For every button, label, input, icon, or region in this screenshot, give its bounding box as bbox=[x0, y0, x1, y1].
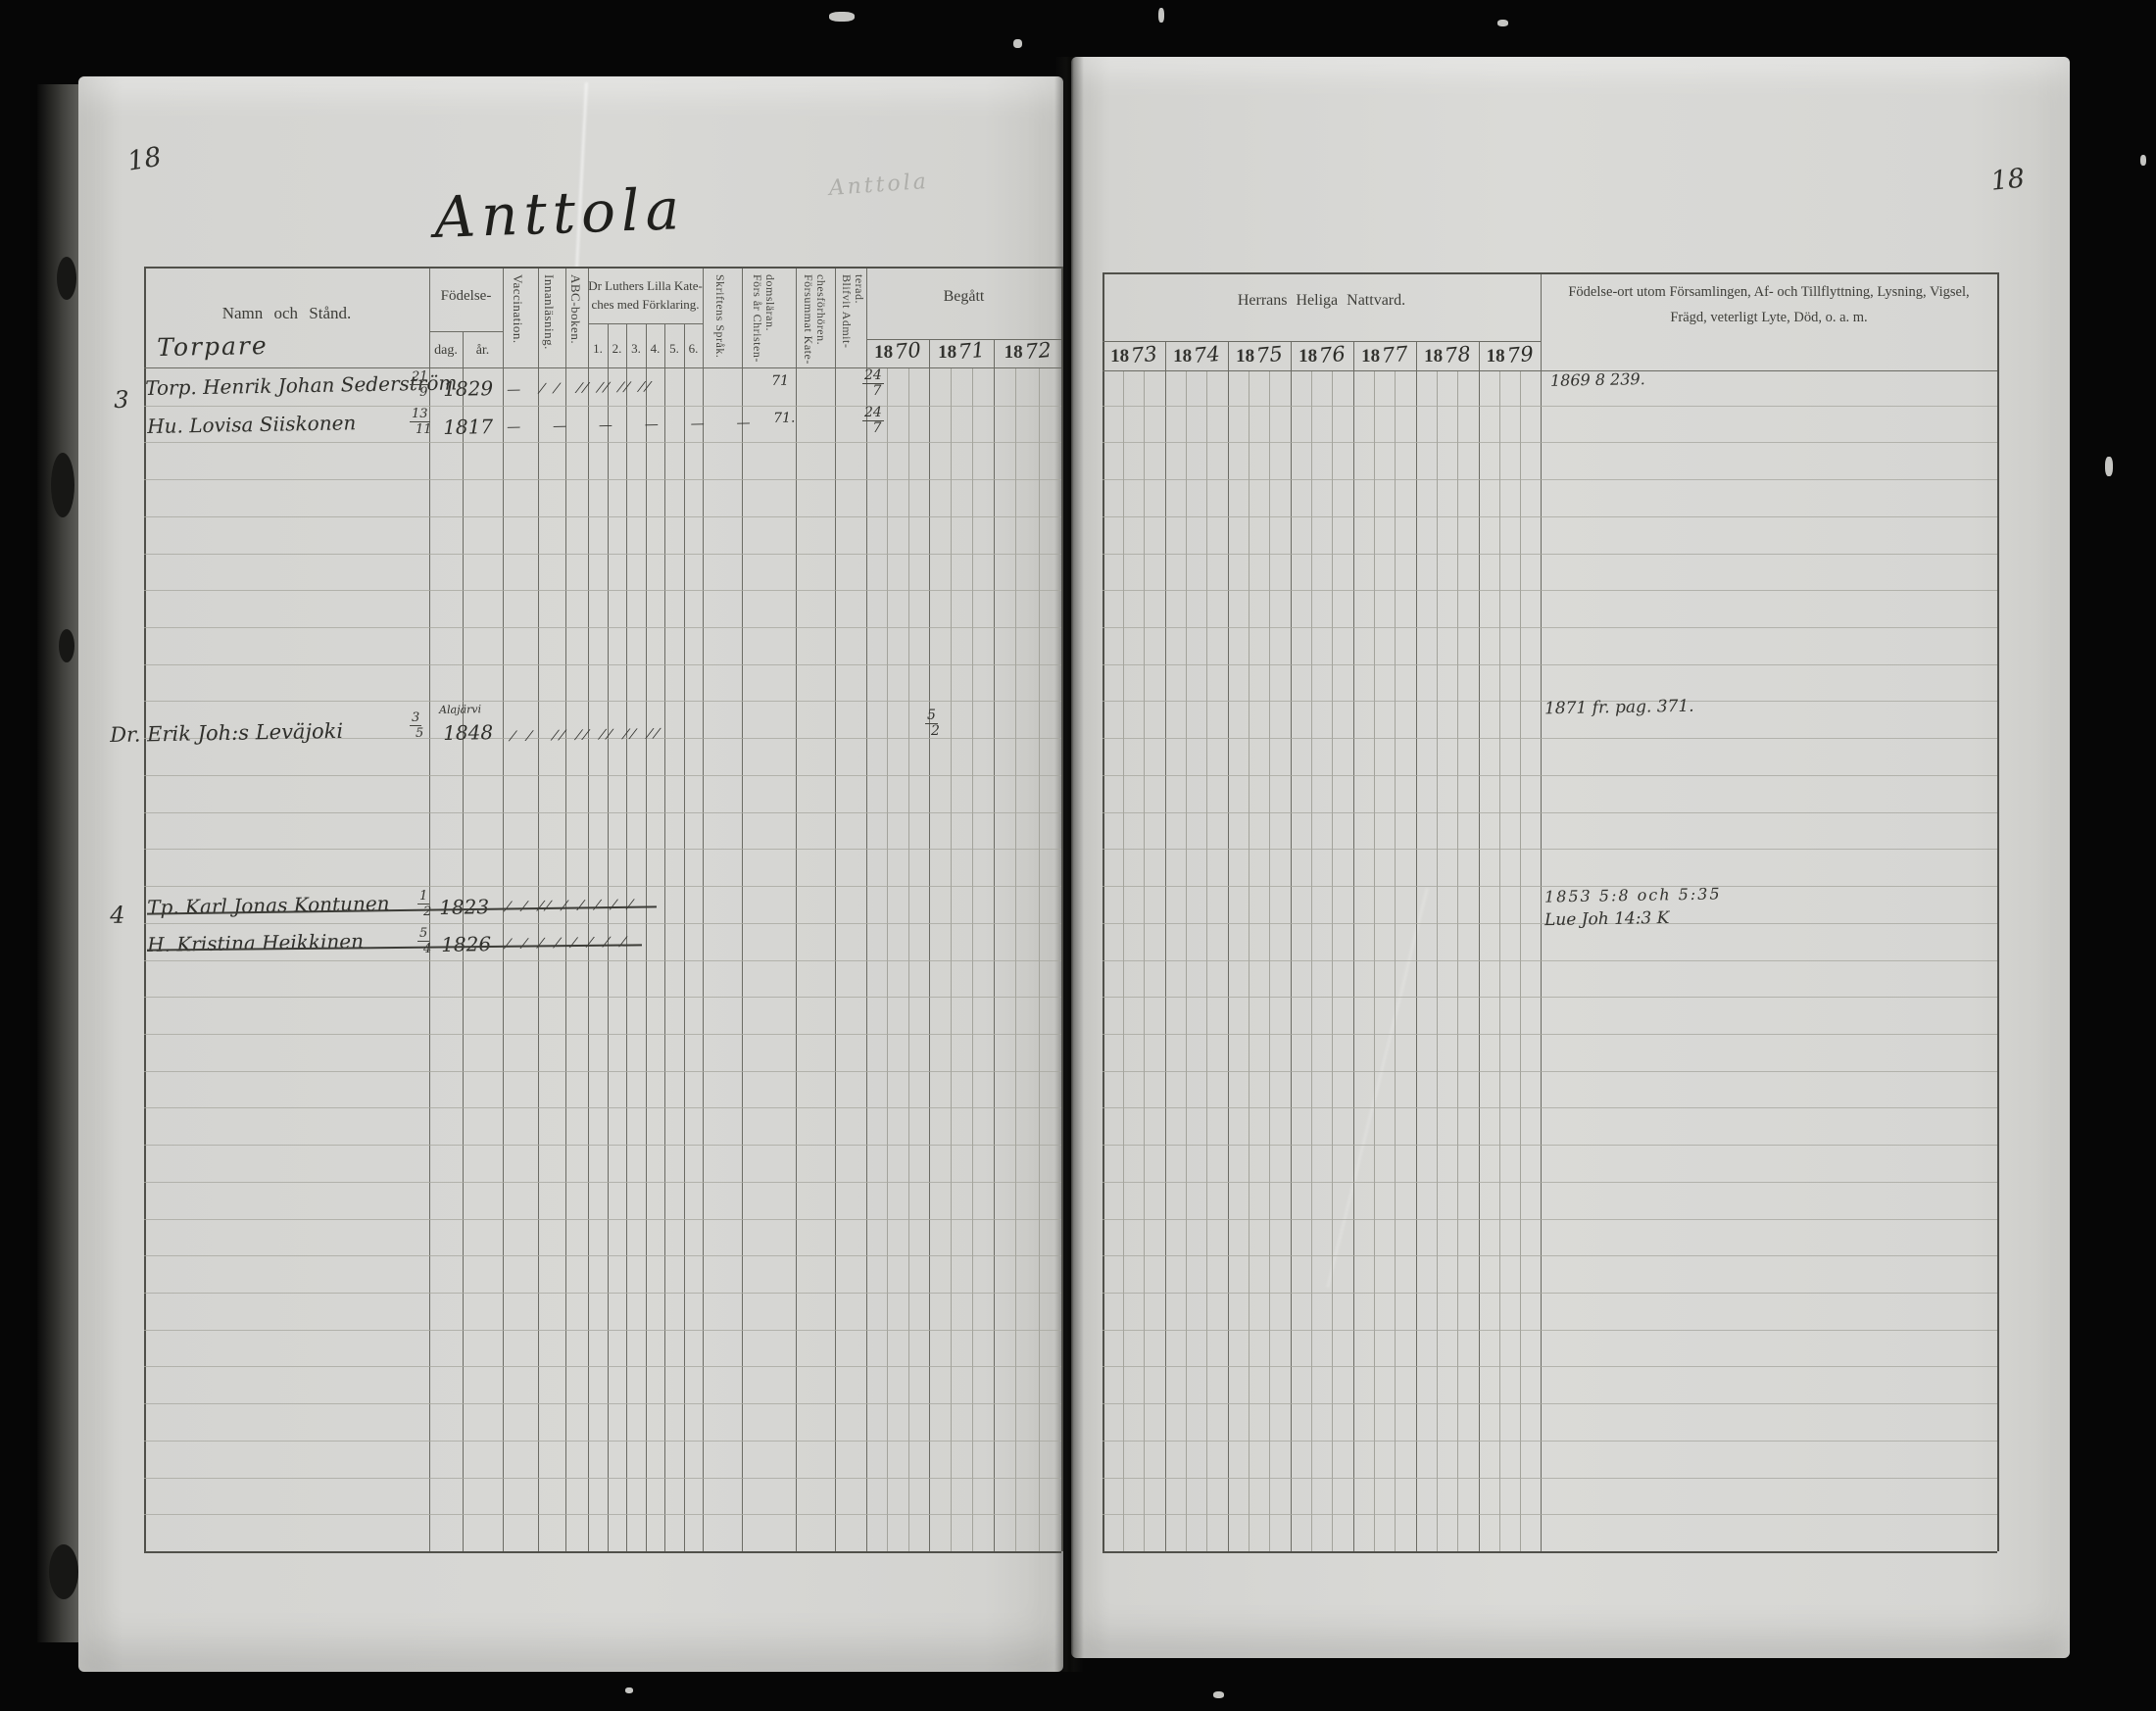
year-printed: 18 bbox=[1424, 346, 1443, 367]
section-label-torpare: Torpare bbox=[157, 331, 269, 362]
grid-line-horizontal bbox=[144, 923, 1061, 924]
year-printed: 18 bbox=[1004, 342, 1023, 364]
grid-line-horizontal bbox=[144, 1071, 1061, 1072]
communion-month: 7 bbox=[872, 384, 881, 398]
header-remarks-line1: Födelse-ort utom Församlingen, Af- och T… bbox=[1541, 284, 1997, 301]
entry-communion-date: 24 7 bbox=[864, 369, 886, 398]
grid-line-vertical bbox=[1479, 341, 1480, 1551]
grid-line-vertical bbox=[664, 323, 665, 1551]
header-kateches-line1: Dr Luthers Lilla Kate- bbox=[588, 278, 703, 294]
header-remarks-line2: Frägd, veterligt Lyte, Död, o. a. m. bbox=[1541, 310, 1997, 326]
remark-note: 1871 fr. pag. 371. bbox=[1544, 697, 1694, 719]
year-header-1879: 1879 bbox=[1479, 343, 1541, 367]
dust-speck bbox=[2105, 457, 2113, 476]
birth-month: 5 bbox=[416, 726, 423, 740]
grid-line-horizontal bbox=[1102, 997, 1997, 998]
entry-name: Tp. Karl Jonas Kontunen bbox=[147, 892, 390, 919]
entry-birth-year: 1848 bbox=[443, 720, 493, 745]
grid-line-horizontal bbox=[1102, 1441, 1997, 1442]
communion-day: 24 bbox=[862, 369, 884, 384]
entry-name: H. Kristina Heikkinen bbox=[147, 929, 364, 956]
grid-line-horizontal bbox=[144, 1145, 1061, 1146]
grid-line-vertical bbox=[1291, 341, 1292, 1551]
entry-examen-mark: 71 bbox=[771, 373, 789, 389]
page-number-left: 18 bbox=[125, 142, 164, 177]
grid-line-horizontal bbox=[1102, 1107, 1997, 1108]
grid-line-horizontal bbox=[144, 812, 1061, 813]
grid-line-horizontal bbox=[1102, 1403, 1997, 1404]
grid-line-horizontal bbox=[144, 1293, 1061, 1294]
year-header-1874: 1874 bbox=[1165, 343, 1228, 367]
grid-line-horizontal bbox=[1102, 1551, 1997, 1553]
remark-note: 1869 8 239. bbox=[1550, 369, 1645, 390]
entry-communion-date: 5 2 bbox=[927, 709, 940, 738]
year-header-1876: 1876 bbox=[1291, 343, 1353, 367]
grid-line-horizontal bbox=[144, 1255, 1061, 1256]
grid-line-horizontal bbox=[1102, 1255, 1997, 1256]
birth-month: 11 bbox=[416, 422, 432, 436]
entry-birth-year: 1829 bbox=[443, 376, 493, 401]
grid-line-horizontal bbox=[1102, 664, 1997, 665]
year-header-1875: 1875 bbox=[1228, 343, 1291, 367]
handwritten-title: Anttola bbox=[433, 175, 686, 251]
grid-line-horizontal bbox=[1102, 1514, 1997, 1515]
remark-note-line1: 1853 5:8 och 5:35 bbox=[1544, 884, 1722, 905]
year-printed: 18 bbox=[1173, 346, 1192, 367]
grid-line-horizontal bbox=[1102, 406, 1997, 407]
header-kateches-2: 2. bbox=[608, 341, 626, 357]
header-fodelse: Födelse- bbox=[429, 288, 503, 305]
grid-line-horizontal bbox=[1102, 960, 1997, 961]
year-printed: 18 bbox=[874, 342, 893, 364]
year-handwritten: 75 bbox=[1255, 342, 1284, 367]
grid-line-vertical bbox=[1061, 267, 1063, 1551]
grid-line-horizontal bbox=[144, 1441, 1061, 1442]
grid-line-horizontal bbox=[1102, 1145, 1997, 1146]
grid-line-vertical bbox=[929, 339, 930, 1551]
grid-line-horizontal bbox=[144, 849, 1061, 850]
entry-examen-mark: 71. bbox=[773, 411, 796, 426]
grid-line-vertical bbox=[994, 339, 995, 1551]
birth-month: 2 bbox=[423, 904, 431, 918]
birth-day: 13 bbox=[410, 408, 430, 422]
grid-line-vertical bbox=[1228, 341, 1229, 1551]
dust-speck bbox=[2140, 155, 2146, 166]
header-fors-ar-christendomslaran: Förs år Christen- domsläran. bbox=[751, 274, 794, 367]
birth-month: 9 bbox=[419, 385, 427, 399]
grid-line-horizontal bbox=[1102, 1366, 1997, 1367]
year-handwritten: 78 bbox=[1444, 342, 1472, 367]
grid-line-horizontal bbox=[1102, 849, 1997, 850]
year-handwritten: 76 bbox=[1318, 342, 1347, 367]
header-namn-och-stand: Namn och Stånd. bbox=[144, 304, 429, 323]
entry-birth-date: 3 5 bbox=[412, 711, 423, 740]
grid-line-horizontal bbox=[144, 590, 1061, 591]
birth-day: 1 bbox=[417, 890, 429, 904]
binding-stain bbox=[59, 629, 74, 662]
header-blifvit-admitterad: Blifvit Admit- terad. bbox=[840, 274, 865, 367]
grid-line-vertical bbox=[835, 267, 836, 1551]
grid-line-horizontal bbox=[144, 516, 1061, 517]
grid-line-horizontal bbox=[144, 1478, 1061, 1479]
year-handwritten: 70 bbox=[894, 338, 922, 364]
communion-month: 7 bbox=[872, 421, 881, 435]
year-header-1877: 1877 bbox=[1353, 343, 1416, 367]
grid-line-horizontal bbox=[1102, 775, 1997, 776]
grid-line-horizontal bbox=[144, 664, 1061, 665]
birth-day: 21 bbox=[410, 370, 430, 385]
grid-line-horizontal bbox=[144, 775, 1061, 776]
book-binding-edge bbox=[37, 84, 82, 1642]
grid-line-horizontal bbox=[1102, 516, 1997, 517]
grid-line-horizontal bbox=[144, 406, 1061, 407]
grid-line-horizontal bbox=[1102, 812, 1997, 813]
dust-speck bbox=[1497, 20, 1508, 26]
header-kateches-5: 5. bbox=[664, 341, 684, 357]
header-innanlasning: Innanläsning. bbox=[543, 274, 556, 365]
year-handwritten: 79 bbox=[1506, 342, 1535, 367]
grid-line-horizontal bbox=[1102, 1219, 1997, 1220]
grid-line-horizontal bbox=[1102, 738, 1997, 739]
grid-line-horizontal bbox=[1102, 1293, 1997, 1294]
grid-line-horizontal bbox=[144, 960, 1061, 961]
entry-birth-year: 1817 bbox=[443, 415, 493, 439]
grid-line-horizontal bbox=[1102, 1034, 1997, 1035]
grid-line-horizontal bbox=[1102, 1182, 1997, 1183]
year-header-1873: 1873 bbox=[1102, 343, 1165, 367]
grid-line-horizontal bbox=[144, 1107, 1061, 1108]
year-handwritten: 74 bbox=[1193, 342, 1221, 367]
year-header-1870: 1870 bbox=[866, 339, 929, 364]
year-printed: 18 bbox=[1298, 346, 1317, 367]
remark-note-line2: Lue Joh 14:3 K bbox=[1544, 908, 1670, 930]
birth-month: 4 bbox=[423, 942, 431, 955]
grid-line-horizontal bbox=[144, 1551, 1061, 1553]
header-vaccination: Vaccination. bbox=[512, 274, 524, 365]
header-ar: år. bbox=[463, 343, 503, 359]
header-kateches-3: 3. bbox=[626, 341, 646, 357]
grid-line-horizontal bbox=[1102, 1330, 1997, 1331]
grid-line-horizontal bbox=[144, 554, 1061, 555]
grid-line-horizontal bbox=[144, 1514, 1061, 1515]
grid-line-horizontal bbox=[1102, 272, 1997, 274]
entry-birth-date: 5 4 bbox=[419, 927, 431, 955]
grid-line-vertical bbox=[1353, 341, 1354, 1551]
grid-line-horizontal bbox=[144, 886, 1061, 887]
communion-day: 24 bbox=[862, 407, 884, 421]
grid-line-horizontal bbox=[1102, 341, 1541, 342]
binding-stain bbox=[49, 1544, 78, 1599]
binding-stain bbox=[57, 257, 76, 300]
entry-name: Dr. Erik Joh:s Leväjoki bbox=[110, 719, 343, 747]
grid-line-vertical bbox=[1997, 272, 1999, 1551]
year-printed: 18 bbox=[938, 342, 956, 364]
year-handwritten: 73 bbox=[1130, 342, 1158, 367]
grid-line-vertical bbox=[703, 267, 704, 1551]
year-printed: 18 bbox=[1236, 346, 1254, 367]
year-handwritten: 77 bbox=[1381, 342, 1409, 367]
grid-line-vertical bbox=[1165, 341, 1166, 1551]
entry-birth-year: 1823 bbox=[439, 895, 489, 919]
communion-day: 5 bbox=[925, 709, 938, 724]
grid-line-horizontal bbox=[144, 1034, 1061, 1035]
grid-line-horizontal bbox=[1102, 590, 1997, 591]
header-kateches-line2: ches med Förklaring. bbox=[588, 297, 703, 313]
header-skriftens-sprak: Skriftens Språk. bbox=[713, 274, 726, 367]
grid-line-horizontal bbox=[144, 1403, 1061, 1404]
grid-line-horizontal bbox=[1102, 442, 1997, 443]
grid-line-horizontal bbox=[144, 1219, 1061, 1220]
year-header-1871: 1871 bbox=[929, 339, 994, 364]
grid-line-horizontal bbox=[144, 267, 1061, 269]
header-kateches-6: 6. bbox=[684, 341, 703, 357]
birth-day: 5 bbox=[417, 927, 429, 942]
grid-line-horizontal bbox=[588, 323, 703, 324]
year-handwritten: 72 bbox=[1024, 338, 1053, 364]
year-handwritten: 71 bbox=[957, 338, 986, 364]
communion-month: 2 bbox=[931, 724, 940, 738]
binding-stain bbox=[51, 453, 74, 517]
grid-line-vertical bbox=[646, 323, 647, 1551]
entry-birth-date: 1 2 bbox=[419, 890, 431, 918]
grid-line-horizontal bbox=[144, 1182, 1061, 1183]
scanned-book-spread: 18 18 Anttola Anttola Namn och Stånd. To… bbox=[0, 0, 2156, 1711]
dust-speck bbox=[1158, 8, 1164, 23]
grid-line-vertical bbox=[866, 267, 867, 1551]
year-printed: 18 bbox=[1110, 346, 1129, 367]
entry-marks: — ⁄ ⁄ ⁄⁄ ⁄⁄ ⁄⁄ ⁄⁄ bbox=[507, 379, 653, 398]
grid-line-vertical bbox=[796, 267, 797, 1551]
entry-name: Hu. Lovisa Siiskonen bbox=[147, 411, 357, 438]
year-printed: 18 bbox=[1487, 346, 1505, 367]
grid-line-vertical bbox=[684, 323, 685, 1551]
grid-line-horizontal bbox=[144, 479, 1061, 480]
grid-line-horizontal bbox=[1102, 627, 1997, 628]
grid-line-vertical bbox=[1541, 272, 1542, 1551]
dust-speck bbox=[829, 12, 855, 22]
grid-line-horizontal bbox=[144, 997, 1061, 998]
grid-line-horizontal bbox=[1102, 479, 1997, 480]
entry-birthplace-note: Alajärvi bbox=[439, 703, 481, 716]
grid-line-vertical bbox=[1416, 341, 1417, 1551]
header-forsummat-katechesforhoren: Försummat Kate- chesförhören. bbox=[802, 274, 833, 367]
year-header-1878: 1878 bbox=[1416, 343, 1479, 367]
year-header-1872: 1872 bbox=[994, 339, 1061, 364]
header-kateches-1: 1. bbox=[588, 341, 608, 357]
grid-line-horizontal bbox=[144, 627, 1061, 628]
entry-number: 4 bbox=[110, 902, 125, 929]
header-abc-boken: ABC-boken. bbox=[569, 274, 582, 365]
grid-line-horizontal bbox=[144, 1330, 1061, 1331]
grid-line-vertical bbox=[144, 267, 146, 1551]
grid-line-vertical bbox=[1102, 272, 1104, 1551]
entry-birth-date: 13 11 bbox=[412, 408, 432, 436]
grid-line-horizontal bbox=[1102, 554, 1997, 555]
grid-line-vertical bbox=[742, 267, 743, 1551]
header-dag: dag. bbox=[429, 343, 463, 359]
grid-line-horizontal bbox=[144, 367, 1061, 368]
page-number-right: 18 bbox=[1989, 163, 2026, 196]
header-begatt: Begått bbox=[866, 288, 1061, 306]
entry-birth-year: 1826 bbox=[441, 932, 491, 956]
grid-line-horizontal bbox=[429, 331, 503, 332]
grid-line-horizontal bbox=[144, 442, 1061, 443]
header-kateches-4: 4. bbox=[646, 341, 664, 357]
grid-line-horizontal bbox=[1102, 1478, 1997, 1479]
dust-speck bbox=[1213, 1691, 1224, 1698]
entry-communion-date: 24 7 bbox=[864, 407, 886, 435]
header-herrans-heliga-nattvard: Herrans Heliga Nattvard. bbox=[1102, 292, 1541, 310]
entry-number: 3 bbox=[114, 386, 129, 414]
birth-day: 3 bbox=[410, 711, 421, 726]
entry-birth-date: 21 9 bbox=[412, 370, 432, 399]
grid-line-horizontal bbox=[1102, 1071, 1997, 1072]
dust-speck bbox=[625, 1687, 633, 1693]
grid-line-horizontal bbox=[144, 1366, 1061, 1367]
year-printed: 18 bbox=[1361, 346, 1380, 367]
dust-speck bbox=[1013, 39, 1022, 48]
grid-line-horizontal bbox=[144, 701, 1061, 702]
entry-marks: ⁄ ⁄ ⁄⁄ ⁄⁄ ⁄⁄ ⁄⁄ ⁄⁄ bbox=[512, 726, 662, 745]
